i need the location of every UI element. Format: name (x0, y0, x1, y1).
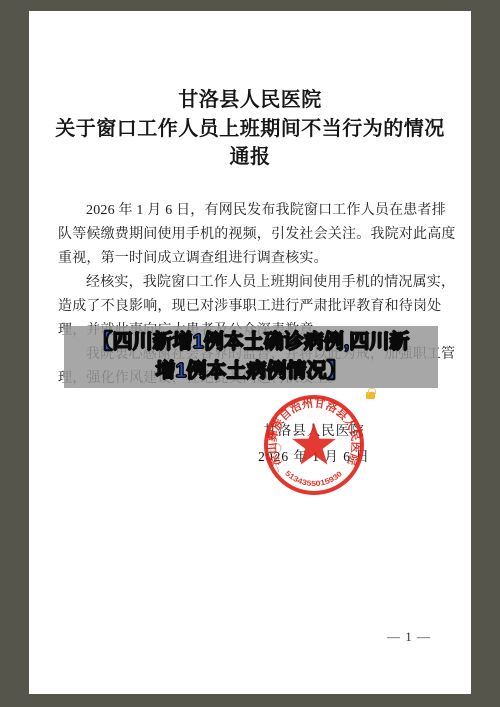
title-line-type: 通报 (40, 143, 460, 172)
body-line: 队等候缴费期间使用手机的视频，引发社会关注。我院对此高度 (58, 223, 458, 247)
viewer-frame-top (0, 0, 500, 11)
red-star-icon (292, 423, 336, 465)
viewer-frame-bottom (0, 694, 500, 707)
body-line: 2026 年 1 月 6 日，有网民发布我院窗口工作人员在患者排 (58, 199, 458, 223)
document-viewer: 甘洛县人民医院 关于窗口工作人员上班期间不当行为的情况 通报 2026 年 1 … (0, 0, 500, 707)
seal-code-digits: 5134355015930 (283, 469, 344, 488)
page-number: — 1 — (378, 629, 440, 645)
body-line: 造成了不良影响，现已对涉事职工进行严肃批评教育和待岗处 (58, 295, 458, 319)
title-line-subject: 关于窗口工作人员上班期间不当行为的情况 (40, 115, 460, 144)
headline-overlay-band[interactable]: 【四川新增1例本土确诊病例,四川新 增1例本土病例情况】 (64, 326, 438, 388)
body-line: 重视，第一时间成立调查组进行调查核实。 (58, 247, 458, 271)
headline-line-2[interactable]: 增1例本土病例情况】 (155, 357, 346, 386)
headline-line-1[interactable]: 【四川新增1例本土确诊病例,四川新 (93, 328, 410, 357)
lock-icon (366, 392, 375, 399)
title-line-org: 甘洛县人民医院 (40, 86, 460, 115)
viewer-frame-left (0, 0, 29, 707)
viewer-frame-right (471, 0, 500, 707)
body-line: 经核实，我院窗口工作人员上班期间使用手机的情况属实， (58, 271, 458, 295)
document-title: 甘洛县人民医院 关于窗口工作人员上班期间不当行为的情况 通报 (40, 86, 460, 172)
